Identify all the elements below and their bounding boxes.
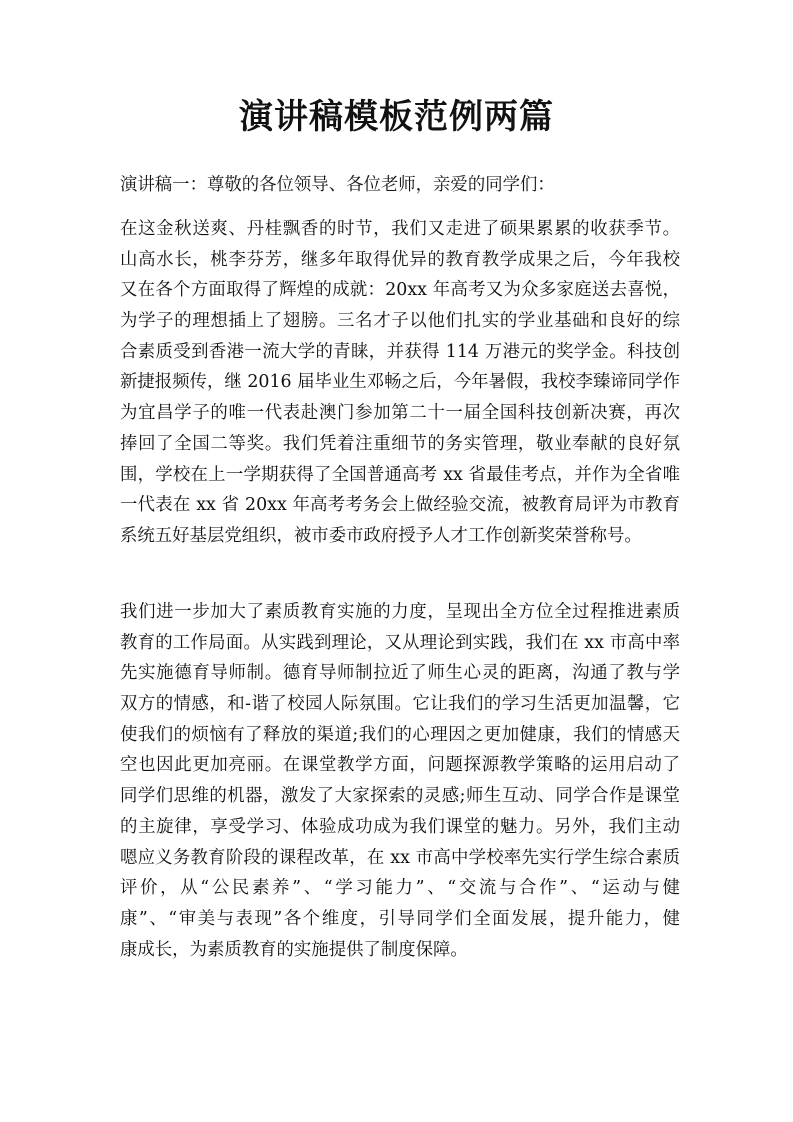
paragraph-line: 教育的工作局面。从实践到理论，又从理论到实践，我们在 xx 市高中率 <box>120 628 680 659</box>
paragraph-line: 在这金秋送爽、丹桂飘香的时节，我们又走进了硕果累累的收获季节。 <box>120 214 680 245</box>
paragraph-line: 同学们思维的机器，激发了大家探索的灵感;师生互动、同学合作是课堂 <box>120 781 680 812</box>
paragraph-line: 捧回了全国二等奖。我们凭着注重细节的务实管理，敬业奉献的良好氛 <box>120 429 680 460</box>
paragraph-line: 系统五好基层党组织，被市委市政府授予人才工作创新奖荣誉称号。 <box>120 521 680 552</box>
paragraph-line: 山高水长，桃李芬芳，继多年取得优异的教育教学成果之后，今年我校 <box>120 245 680 276</box>
paragraph-line: 一代表在 xx 省 20xx 年高考考务会上做经验交流，被教育局评为市教育 <box>120 490 680 521</box>
paragraph-line: 使我们的烦恼有了释放的渠道;我们的心理因之更加健康，我们的情感天 <box>120 720 680 751</box>
paragraph-line: 康”、“审美与表现”各个维度，引导同学们全面发展，提升能力，健 <box>120 904 680 935</box>
paragraph-line: 先实施德育导师制。德育导师制拉近了师生心灵的距离，沟通了教与学 <box>120 658 680 689</box>
paragraph-line: 评价，从“公民素养”、“学习能力”、“交流与合作”、“运动与健 <box>120 873 680 904</box>
paragraph-line: 双方的情感，和-谐了校园人际氛围。它让我们的学习生活更加温馨，它 <box>120 689 680 720</box>
document-title: 演讲稿模板范例两篇 <box>0 95 793 139</box>
paragraph-line: 空也因此更加亮丽。在课堂教学方面，问题探源教学策略的运用启动了 <box>120 750 680 781</box>
paragraph-line: 围，学校在上一学期获得了全国普通高考 xx 省最佳考点，并作为全省唯 <box>120 460 680 491</box>
document-page: 演讲稿模板范例两篇 演讲稿一：尊敬的各位领导、各位老师，亲爱的同学们： 在这金秋… <box>0 0 793 1122</box>
paragraph-line: 为学子的理想插上了翅膀。三名才子以他们扎实的学业基础和良好的综 <box>120 306 680 337</box>
paragraph-1: 在这金秋送爽、丹桂飘香的时节，我们又走进了硕果累累的收获季节。 山高水长，桃李芬… <box>120 214 680 552</box>
paragraph-line: 的主旋律，享受学习、体验成功成为我们课堂的魅力。另外，我们主动 <box>120 812 680 843</box>
paragraph-line: 我们进一步加大了素质教育实施的力度，呈现出全方位全过程推进素质 <box>120 597 680 628</box>
paragraph-line: 嗯应义务教育阶段的课程改革，在 xx 市高中学校率先实行学生综合素质 <box>120 843 680 874</box>
intro-line: 演讲稿一：尊敬的各位领导、各位老师，亲爱的同学们： <box>120 170 680 201</box>
paragraph-line: 合素质受到香港一流大学的青睐，并获得 114 万港元的奖学金。科技创 <box>120 337 680 368</box>
paragraph-line: 为宜昌学子的唯一代表赴澳门参加第二十一届全国科技创新决赛，再次 <box>120 398 680 429</box>
paragraph-2: 我们进一步加大了素质教育实施的力度，呈现出全方位全过程推进素质 教育的工作局面。… <box>120 597 680 965</box>
paragraph-line: 康成长，为素质教育的实施提供了制度保障。 <box>120 935 680 966</box>
paragraph-line: 又在各个方面取得了辉煌的成就：20xx 年高考又为众多家庭送去喜悦， <box>120 275 680 306</box>
intro-paragraph: 演讲稿一：尊敬的各位领导、各位老师，亲爱的同学们： <box>120 170 680 201</box>
paragraph-line: 新捷报频传，继 2016 届毕业生邓畅之后，今年暑假，我校李臻谛同学作 <box>120 367 680 398</box>
